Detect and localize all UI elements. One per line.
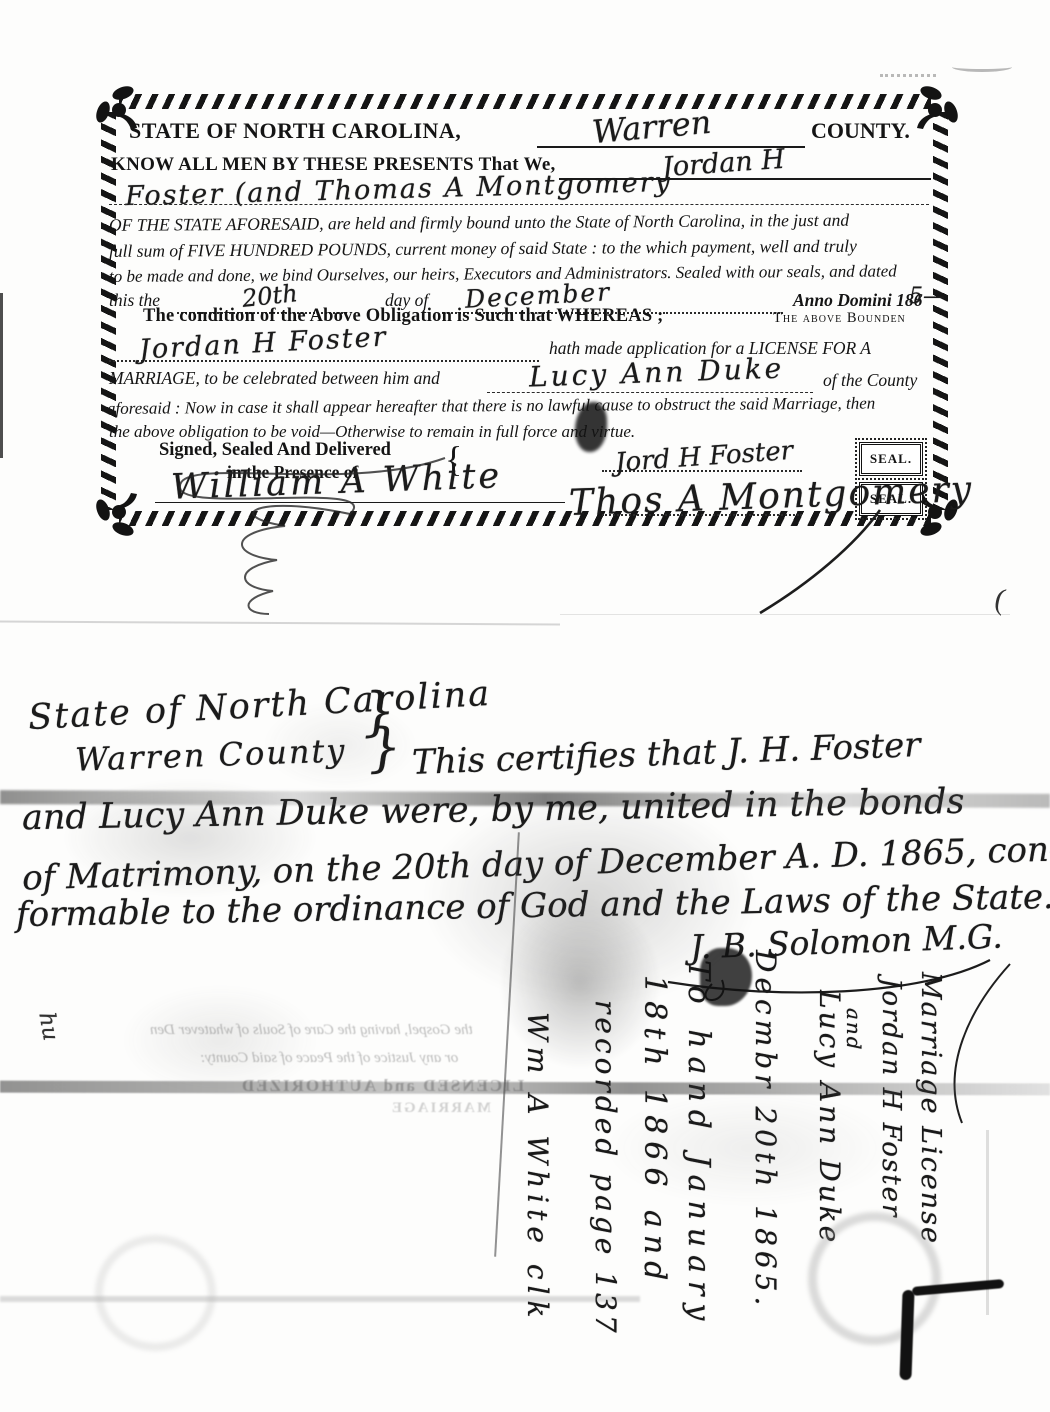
docket-clerk: Wm A White clk	[521, 1012, 554, 1323]
certificate-brace-2: }	[366, 717, 402, 779]
certificate-certify-line: This certifies that J. H. Foster	[411, 725, 921, 783]
seal-label: SEAL.	[870, 451, 912, 467]
top-smudge	[880, 68, 936, 77]
squiggle-rule	[109, 204, 929, 205]
left-edge-sliver	[0, 293, 3, 458]
marriage-pre-label: MARRIAGE, to be celebrated between him a…	[109, 368, 440, 389]
border-rope-right	[933, 112, 948, 510]
marriage-post-label: of the County	[823, 370, 917, 391]
bond-county-label: COUNTY.	[811, 118, 910, 144]
filler-dotted-line	[663, 312, 783, 314]
bounden-label: The above Bounden	[773, 310, 906, 327]
bleedthrough-line2: or any Justice of the Peace of said Coun…	[200, 1050, 458, 1067]
ink-mark-vertical	[899, 1290, 914, 1380]
margin-scribble: hu	[33, 1010, 63, 1042]
anno-domini-label: Anno Domini 186	[793, 290, 922, 311]
vertical-crease-faint	[986, 1130, 989, 1315]
ink-mark-horizontal	[912, 1279, 1004, 1296]
bleedthrough-line4: MARRIAGE	[390, 1100, 491, 1117]
bleedthrough-line1: the Gospel, having the Care of Souls of …	[150, 1022, 473, 1039]
top-smudge-2	[952, 62, 1012, 72]
docket-bride: Lucy Ann Duke	[813, 990, 846, 1245]
stamp-ring-left	[95, 1235, 216, 1351]
certificate-line3: and Lucy Ann Duke were, by me, united in…	[22, 782, 965, 838]
signature-tail-flourish	[755, 505, 890, 620]
certificate-county-line: Warren County	[74, 731, 347, 778]
docket-date: Decmbr 20th 1865.	[749, 950, 782, 1310]
docket-recorded: recorded page 137	[589, 1000, 622, 1337]
county-handwritten: Warren	[591, 103, 713, 151]
border-rope-top	[119, 94, 931, 109]
bleedthrough-line3: LICENSED and AUTHORIZED	[240, 1076, 524, 1096]
bond-body-line4: aforesaid : Now in case it shall appear …	[107, 393, 943, 419]
bond-body-line2: full sum of FIVE HUNDRED POUNDS, current…	[109, 235, 937, 262]
corner-ornament-icon	[915, 84, 961, 130]
applicant-handwritten: Jordan H Foster	[138, 322, 388, 366]
bond-body-line1: OF THE STATE AFORESAID, are held and fir…	[109, 209, 937, 236]
bond-body-line5: the above obligation to be void—Otherwis…	[109, 422, 635, 442]
bond-state-heading: STATE OF NORTH CAROLINA,	[129, 118, 461, 144]
witness-flourish	[135, 452, 465, 627]
docket-groom: Jordan H Foster	[876, 978, 906, 1218]
certificate-state-line: State of North Carolina	[27, 674, 492, 738]
year-handwritten: 5—	[909, 284, 945, 309]
edge-curve-mark: (	[992, 582, 1009, 617]
docket-received-2: 18th 1866 and	[637, 975, 672, 1287]
scanned-document-page: STATE OF NORTH CAROLINA, Warren COUNTY. …	[0, 0, 1050, 1412]
docket-received-1: To hand January	[681, 960, 716, 1328]
condition-label: The condition of the Above Obligation is…	[143, 306, 664, 327]
corner-ornament-icon	[93, 492, 139, 538]
docket-title: Marriage License	[915, 972, 946, 1245]
